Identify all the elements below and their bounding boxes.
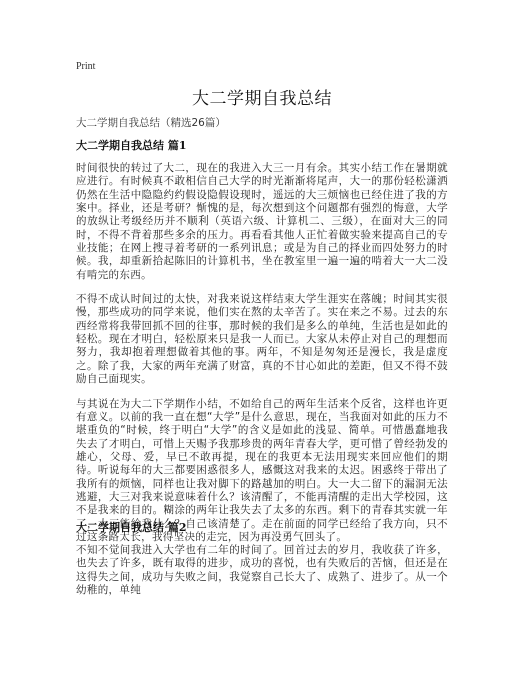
page-title: 大二学期自我总结: [76, 84, 448, 109]
paragraph: 时间很快的转过了大二，现在的我进入大三一月有余。其实小结工作在暑期就应进行。有时…: [76, 162, 448, 282]
paragraph: 不知不觉间我进入大学也有二年的时间了。回首过去的岁月，我收获了许多，也失去了许多…: [76, 544, 448, 597]
paragraph: 不得不成认时间过的太快，对我来说这样结束大学生涯实在落魄；时间其实很慢，那些成功…: [76, 293, 448, 386]
section-2: 大二学期自我总结 篇2 不知不觉间我进入大学也有二年的时间了。回首过去的岁月，我…: [76, 519, 448, 608]
document-subtitle: 大二学期自我总结（精选26篇）: [76, 115, 226, 130]
section-heading: 大二学期自我总结 篇2: [76, 519, 448, 535]
print-label: Print: [76, 61, 95, 72]
section-heading: 大二学期自我总结 篇1: [76, 137, 448, 153]
section-1: 大二学期自我总结 篇1 时间很快的转过了大二，现在的我进入大三一月有余。其实小结…: [76, 137, 448, 555]
